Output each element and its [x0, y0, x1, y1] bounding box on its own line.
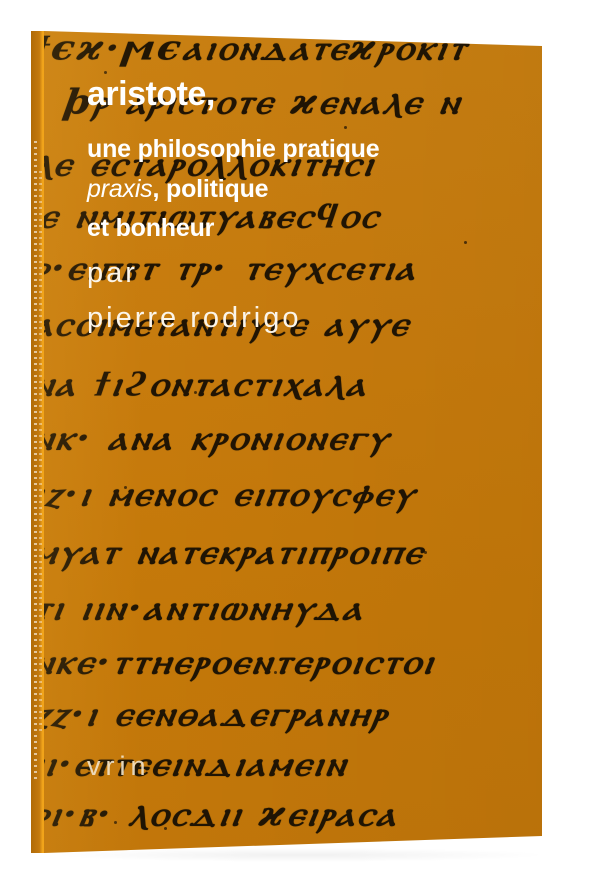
subtitle-italic-text: praxis: [87, 175, 153, 203]
spine-text-dots: [34, 141, 37, 781]
publisher-name: vrin: [87, 751, 151, 782]
manuscript-row: ⲙⲩⲁⲧ ⲛⲁⲧⲉⲕⲣⲁⲧⲓⲡⲣⲟⲓⲡⲉ: [44, 531, 428, 572]
manuscript-row: ⲛⲁ ϯⲓϩⲟⲛⲧⲁⲥⲧⲓⲭⲁⲗⲁ: [44, 363, 372, 404]
manuscript-row: ⲓⲍ·ⲓ ⲙⲉⲛⲟⲥ ⲉⲓⲡⲟⲩⲥⲫⲉⲩ: [44, 473, 420, 514]
ink-speck: [464, 241, 467, 244]
ink-speck: [274, 671, 277, 674]
ink-speck: [194, 391, 197, 394]
author-prefix: par: [87, 257, 138, 290]
ink-speck: [424, 551, 427, 554]
spine-text-dots: [39, 171, 42, 731]
author-name: pierre rodrigo: [87, 302, 301, 335]
book-spine: [31, 31, 45, 853]
manuscript-row: ⲧⲓ ⲓⲓⲛ·ⲁⲛⲧⲓⲱⲛⲏⲩⲇⲁ: [44, 587, 368, 628]
book-title: aristote,: [87, 75, 215, 114]
front-cover: ϯϵϰ·ϻϵⲁⲓⲟⲛⲇⲁⲧⲉϰⲣⲟⲕⲓⲧ ϸⲣ ⲁⲣⲓⲥⲧⲟⲧⲉ ϰⲉⲛⲁⲗⲉ …: [44, 31, 542, 853]
subtitle-line-3: et bonheur: [87, 214, 214, 243]
ink-speck: [164, 827, 167, 830]
manuscript-row: ⲛⲕⲉ·ⲧⲧⲏⲉⲣⲟⲉⲛⲧⲉⲣⲟⲓⲥⲧⲟⲓ: [44, 641, 439, 682]
manuscript-row: ϯϵϰ·ϻϵⲁⲓⲟⲛⲇⲁⲧⲉϰⲣⲟⲕⲓⲧ: [44, 31, 471, 69]
subtitle-line-1: une philosophie pratique: [87, 135, 379, 164]
ink-speck: [104, 71, 107, 74]
subtitle-text: et bonheur: [87, 214, 214, 242]
manuscript-row: ⲍⲍ·ⲓ ⲉⲉⲛⲑⲁⲇⲉⲅⲣⲁⲛⲏⲣ: [44, 693, 392, 734]
subtitle-line-2: praxis, politique: [87, 175, 268, 204]
manuscript-row: ⲛⲕ· ⲁⲛⲁ ⲕⲣⲟⲛⲓⲟⲛⲉⲅⲩ: [44, 417, 394, 458]
manuscript-row: ⲣⲓ·ⲃ· ⲗⲟⲥⲇⲓⲓ ϰⲉⲓⲣⲁⲥⲁ: [44, 793, 402, 834]
ink-speck: [124, 486, 127, 489]
ink-speck: [344, 126, 347, 129]
book-cover-3d: ϯϵϰ·ϻϵⲁⲓⲟⲛⲇⲁⲧⲉϰⲣⲟⲕⲓⲧ ϸⲣ ⲁⲣⲓⲥⲧⲟⲧⲉ ϰⲉⲛⲁⲗⲉ …: [0, 0, 600, 884]
ink-speck: [114, 821, 117, 824]
subtitle-text: , politique: [153, 175, 269, 203]
subtitle-text: une philosophie pratique: [87, 135, 379, 163]
